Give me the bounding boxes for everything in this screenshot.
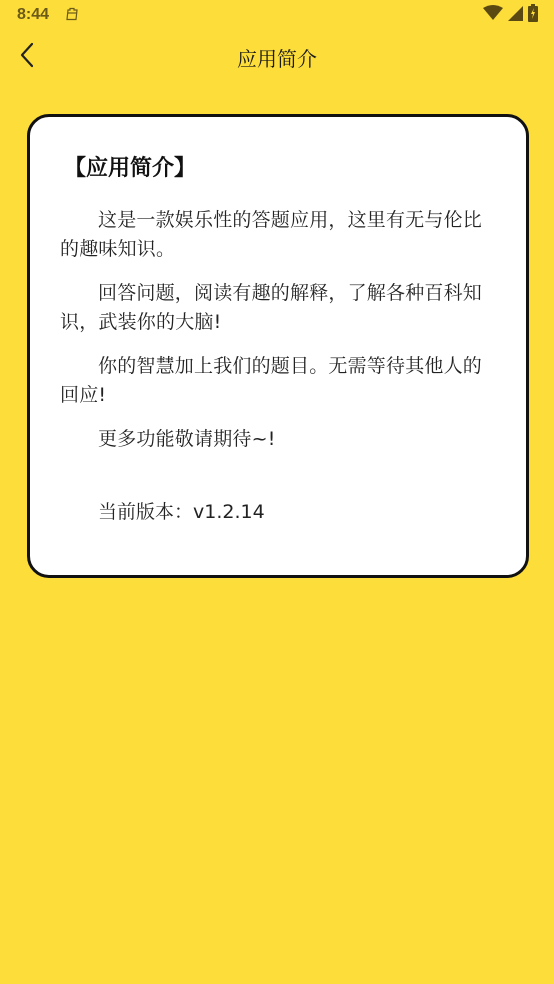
status-left: 8:44 bbox=[17, 6, 79, 25]
intro-card: 【应用简介】 这是一款娱乐性的答题应用，这里有无与伦比的趣味知识。 回答问题，阅… bbox=[27, 114, 529, 578]
wifi-icon bbox=[483, 5, 503, 25]
intro-paragraph: 你的智慧加上我们的题目。无需等待其他人的回应! bbox=[60, 352, 496, 410]
clipboard-notification-icon bbox=[65, 6, 79, 25]
intro-paragraph: 这是一款娱乐性的答题应用，这里有无与伦比的趣味知识。 bbox=[60, 206, 496, 264]
version-label: 当前版本：v1.2.14 bbox=[60, 498, 496, 527]
page-title: 应用简介 bbox=[237, 43, 317, 72]
status-time: 8:44 bbox=[17, 6, 49, 24]
status-right bbox=[483, 4, 538, 26]
battery-charging-icon bbox=[528, 4, 538, 26]
app-bar: 应用简介 bbox=[0, 30, 554, 84]
back-button[interactable] bbox=[12, 42, 42, 72]
status-bar: 8:44 bbox=[0, 0, 554, 30]
intro-paragraph: 回答问题，阅读有趣的解释，了解各种百科知识，武装你的大脑! bbox=[60, 279, 496, 337]
chevron-left-icon bbox=[19, 42, 35, 72]
cell-signal-icon bbox=[508, 6, 523, 25]
card-heading: 【应用简介】 bbox=[64, 151, 496, 182]
intro-paragraph: 更多功能敬请期待~! bbox=[60, 425, 496, 454]
